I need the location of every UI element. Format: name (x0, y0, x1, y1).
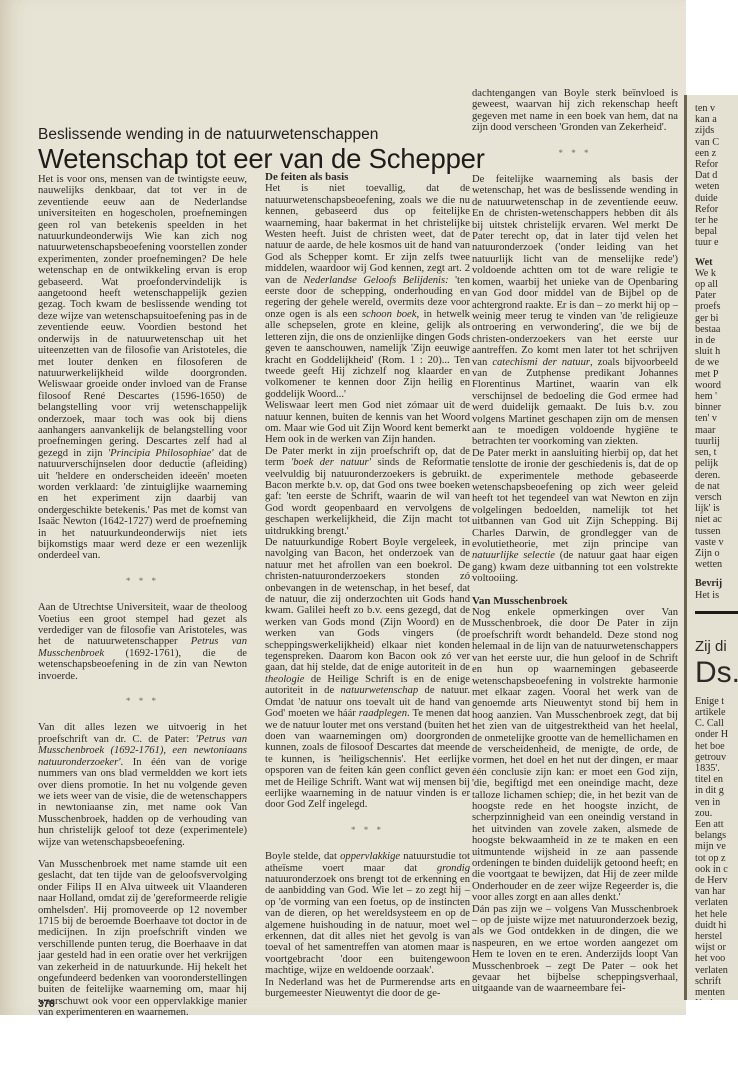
fragment-line: Kerkge (695, 998, 738, 1000)
paragraph: Weliswaar leert men God niet zómaar uit … (265, 400, 470, 446)
paragraph: De Pater merkt in zijn proefschrift op, … (265, 446, 470, 537)
fragment-line: tuur e (695, 237, 738, 248)
page-number: 378 (38, 999, 55, 1010)
fragment-line: ger bi (695, 313, 738, 324)
fragment-line: de nat (695, 481, 738, 492)
section-heading: Wet (695, 257, 738, 268)
fragment-line: woord (695, 380, 738, 391)
fragment-line: menten (695, 987, 738, 998)
fragment-line: ter he (695, 215, 738, 226)
fragment-line: ven in (695, 797, 738, 808)
fragment-line: duide (695, 193, 738, 204)
fragment-lines: We kop allPaterproefsger bibestaain desl… (695, 268, 738, 570)
paragraph: De Pater merkt in aansluiting hierbij op… (472, 448, 678, 585)
paragraph: Het is voor ons, mensen van de twintigst… (38, 174, 247, 562)
fragment-line: de we (695, 357, 738, 368)
fragment-line: getrouv (695, 752, 738, 763)
fragment-line: Enige t (695, 696, 738, 707)
paragraph: In Nederland was het de Purmerendse arts… (265, 977, 470, 1000)
section-heading: De feiten als basis (265, 172, 470, 183)
paragraph: Het is niet toevallig, dat de natuurwete… (265, 183, 470, 400)
fragment-line: ook in c (695, 864, 738, 875)
fragment-line: binner (695, 402, 738, 413)
fragment-line: pelijk (695, 458, 738, 469)
fragment-line: het voo (695, 953, 738, 964)
paragraph: Aan de Utrechtse Universiteit, waar de t… (38, 602, 247, 682)
fragment-line: zou. (695, 808, 738, 819)
section-separator: * * * (38, 576, 247, 587)
next-article-headline: Ds. (695, 656, 738, 690)
fragment-line: herstel (695, 931, 738, 942)
fragment-line: sluit h (695, 346, 738, 357)
paragraph: Boyle stelde, dat oppervlakkige natuurst… (265, 851, 470, 976)
article-kicker: Beslissende wending in de natuurwetensch… (38, 126, 378, 144)
fragment-line: mijn ve (695, 841, 738, 852)
magazine-page-right-fragment: ten vkan azijdsvan Ceen zReforDat dweten… (684, 95, 738, 1000)
paragraph: dachtengangen van Boyle sterk beïnvloed … (472, 88, 678, 134)
fragment-line: sen, t (695, 447, 738, 458)
fragment-line: belangs (695, 830, 738, 841)
fragment-line: onder H (695, 729, 738, 740)
fragment-line: We k (695, 268, 738, 279)
fragment-line: in dit g (695, 785, 738, 796)
fragment-line: versch (695, 492, 738, 503)
fragment-line: weten (695, 181, 738, 192)
fragment-line: proefs (695, 301, 738, 312)
section-separator: * * * (265, 825, 470, 836)
fragment-line: ten v (695, 103, 738, 114)
fragment-line: tuurlij (695, 436, 738, 447)
fragment-line: Zijn o (695, 548, 738, 559)
fragment-line: van C (695, 137, 738, 148)
fragment-lines: Enige tartikeleC. Callonder Hhet boegetr… (695, 696, 738, 1000)
fragment-line: in de (695, 335, 738, 346)
fragment-line: kan a (695, 114, 738, 125)
paragraph: Nog enkele opmerkingen over Van Musschen… (472, 607, 678, 904)
article-column-1: Het is voor ons, mensen van de twintigst… (38, 174, 247, 1019)
paragraph: De natuurkundige Robert Boyle vergeleek,… (265, 537, 470, 811)
paragraph: De feitelijke waarneming als basis der w… (472, 174, 678, 448)
fragment-line: bepal (695, 226, 738, 237)
fragment-line: 1835'. (695, 763, 738, 774)
fragment-line: maar (695, 425, 738, 436)
fragment-line: van har (695, 886, 738, 897)
fragment-line: Het is (695, 590, 738, 601)
fragment-line: niet ac (695, 514, 738, 525)
fragment-line: lijk' is (695, 503, 738, 514)
fragment-line: tot op z (695, 853, 738, 864)
fragment-line: zijds (695, 125, 738, 136)
paragraph: Van dit alles lezen we uitvoerig in het … (38, 722, 247, 847)
next-article-kicker: Zij di (695, 638, 738, 656)
fragment-line: titel en (695, 774, 738, 785)
fragment-line: met P (695, 369, 738, 380)
article-headline: Wetenschap tot eer van de Schepper (38, 143, 485, 175)
fragment-line: de Herv (695, 875, 738, 886)
fragment-line: artikele (695, 707, 738, 718)
fragment-line: hem ' (695, 391, 738, 402)
section-heading: Bevrij (695, 578, 738, 589)
fragment-line: duidt hi (695, 920, 738, 931)
fragment-line: schrift (695, 976, 738, 987)
fragment-line: Een att (695, 819, 738, 830)
fragment-line: het boe (695, 741, 738, 752)
fragment-line: wijst or (695, 942, 738, 953)
divider-rule (695, 611, 738, 614)
fragment-line: Pater (695, 290, 738, 301)
paragraph: Dán pas zijn we – volgens Van Musschenbr… (472, 904, 678, 995)
fragment-line: Dat d (695, 170, 738, 181)
section-separator: * * * (472, 148, 678, 159)
fragment-line: wetten (695, 559, 738, 570)
fragment-line: op all (695, 279, 738, 290)
fragment-line: een z (695, 148, 738, 159)
fragment-lines: ten vkan azijdsvan Ceen zReforDat dweten… (695, 103, 738, 249)
fragment-line: Refor (695, 159, 738, 170)
fragment-line: verlaten (695, 965, 738, 976)
fragment-line: C. Call (695, 718, 738, 729)
fragment-line: het hele (695, 909, 738, 920)
fragment-line: bestaa (695, 324, 738, 335)
article-column-3: dachtengangen van Boyle sterk beïnvloed … (472, 88, 678, 995)
magazine-page-left: Beslissende wending in de natuurwetensch… (0, 0, 686, 1015)
fragment-line: tussen (695, 526, 738, 537)
fragment-line: Refor (695, 204, 738, 215)
article-column-2: De feiten als basis Het is niet toevalli… (265, 172, 470, 999)
bleed-through-text (275, 100, 465, 108)
paragraph: Van Musschenbroek met name stamde uit ee… (38, 859, 247, 1019)
section-separator: * * * (38, 696, 247, 707)
fragment-line: ten' v (695, 413, 738, 424)
fragment-line: verlaten (695, 897, 738, 908)
fragment-line: vaste v (695, 537, 738, 548)
section-heading: Van Musschenbroek (472, 596, 678, 607)
fragment-line: deren. (695, 470, 738, 481)
next-page-column: ten vkan azijdsvan Ceen zReforDat dweten… (695, 103, 738, 1000)
